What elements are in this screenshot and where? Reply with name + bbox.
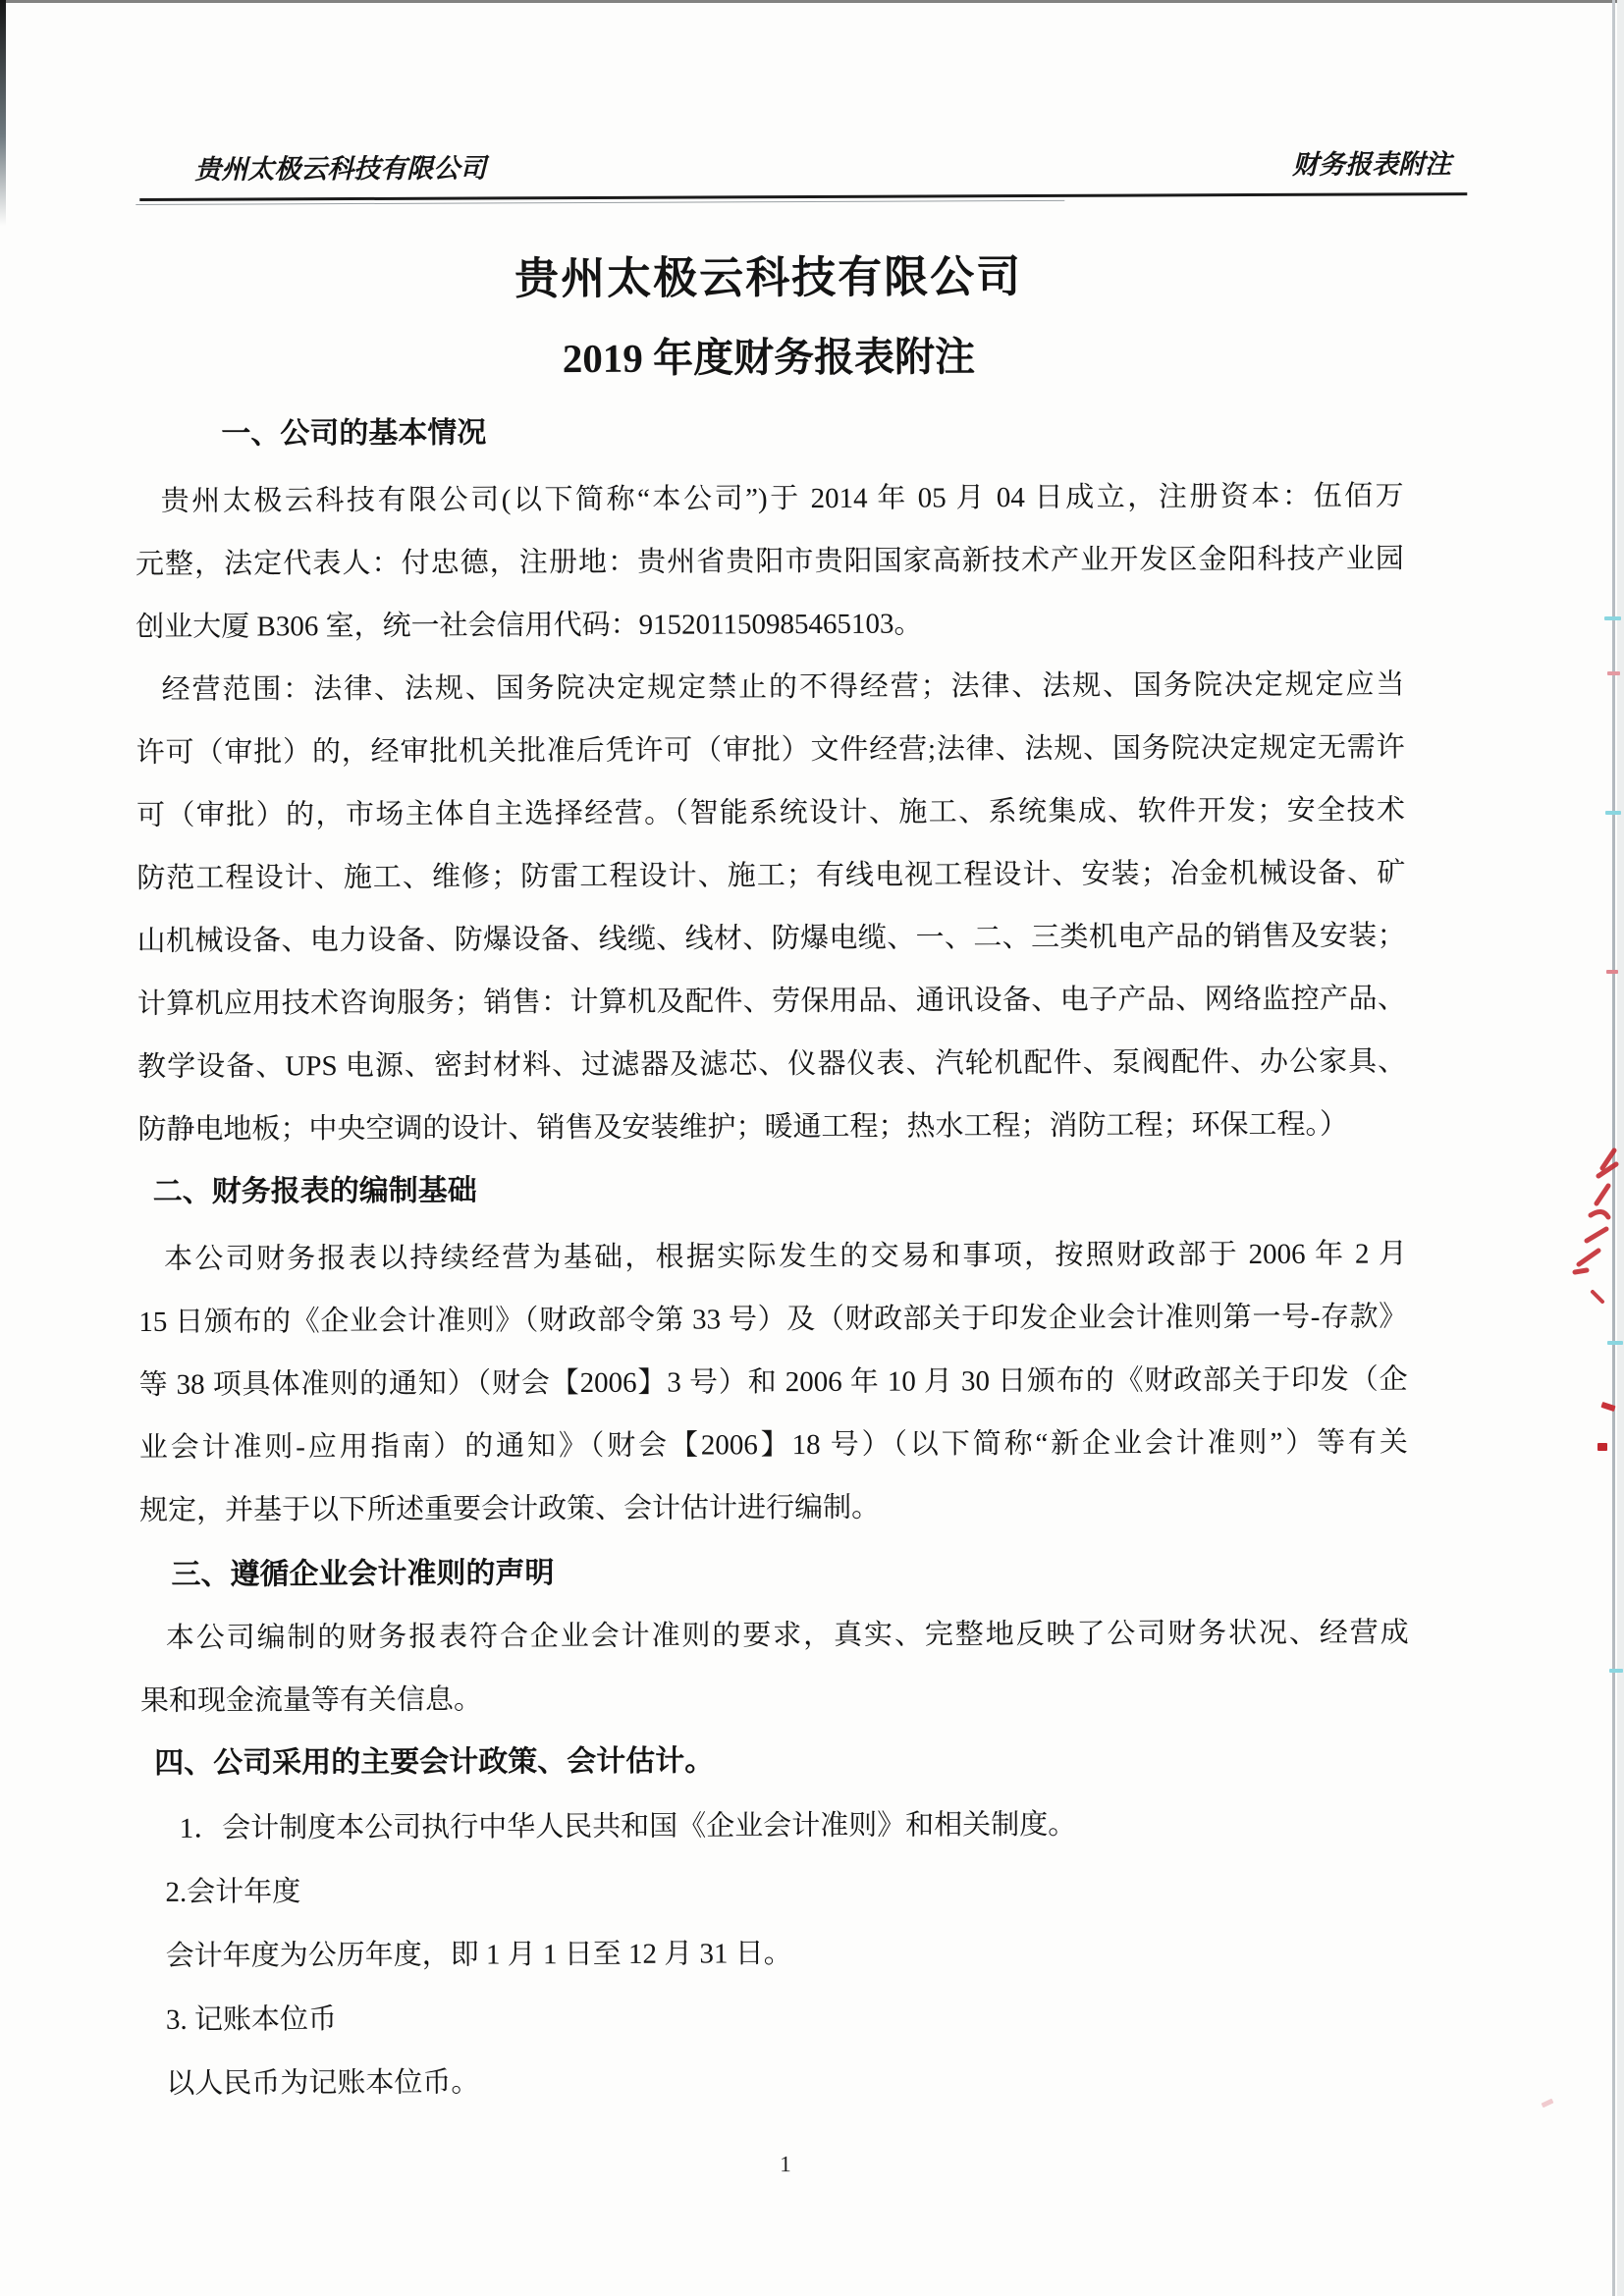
preparation-basis-paragraph: 本公司财务报表以持续经营为基础，根据实际发生的交易和事项，按照财政部于 2006… <box>138 1222 1408 1542</box>
document-page: 贵州太极云科技有限公司 财务报表附注 贵州太极云科技有限公司 2019 年度财务… <box>0 0 1624 2296</box>
text-line: 等 38 项具体准则的通知）（财会【2006】3 号）和 2006 年 10 月… <box>138 1348 1407 1416</box>
document-subtitle: 2019 年度财务报表附注 <box>135 327 1403 388</box>
text-line: 本公司编制的财务报表符合企业会计准则的要求，真实、完整地反映了公司财务状况、经营… <box>140 1601 1409 1670</box>
accounting-policy-items: 1．会计制度本公司执行中华人民共和国《企业会计准则》和相关制度。2.会计年度会计… <box>140 1791 1410 2116</box>
document-body: 贵州太极云科技有限公司 2019 年度财务报表附注 一、公司的基本情况 贵州太极… <box>133 0 1410 2116</box>
text-line: 果和现金流量等有关信息。 <box>140 1664 1409 1733</box>
text-line: 3. 记账本位币 <box>141 1983 1410 2053</box>
section-heading-1: 一、公司的基本情况 <box>221 407 1403 455</box>
text-line: 山机械设备、电力设备、防爆设备、线缆、线材、防爆电缆、一、二、三类机电产品的销售… <box>136 904 1405 973</box>
text-line: 15 日颁布的《企业会计准则》（财政部令第 33 号）及（财政部关于印发企业会计… <box>138 1285 1407 1354</box>
text-line: 会计年度为公历年度，即 1 月 1 日至 12 月 31 日。 <box>141 1919 1410 1989</box>
text-line: 可（审批）的，市场主体自主选择经营。（智能系统设计、施工、系统集成、软件开发；安… <box>136 778 1405 847</box>
section-heading-3: 三、遵循企业会计准则的声明 <box>171 1548 1408 1596</box>
text-line: 2.会计年度 <box>141 1855 1410 1925</box>
text-line: 教学设备、UPS 电源、密封材料、过滤器及滤芯、仪器仪表、汽轮机配件、泵阀配件、… <box>137 1030 1406 1098</box>
section-heading-2: 二、财务报表的编制基础 <box>153 1165 1407 1214</box>
text-line: 许可（审批）的，经审批机关批准后凭许可（审批）文件经营;法律、法规、国务院决定规… <box>136 716 1405 784</box>
business-scope-paragraph: 经营范围：法律、法规、国务院决定规定禁止的不得经营；法律、法规、国务院决定规定应… <box>135 653 1406 1161</box>
text-line: 1．会计制度本公司执行中华人民共和国《企业会计准则》和相关制度。 <box>140 1791 1409 1861</box>
document-title: 贵州太极云科技有限公司 <box>135 244 1403 311</box>
text-line: 防静电地板；中央空调的设计、销售及安装维护；暖通工程；热水工程；消防工程；环保工… <box>137 1093 1406 1161</box>
text-line: 规定，并基于以下所述重要会计政策、会计估计进行编制。 <box>139 1473 1408 1542</box>
text-line: 创业大厦 B306 室，统一社会信用代码：915201150985465103。 <box>135 590 1404 659</box>
text-line: 以人民币为记账本位币。 <box>142 2047 1411 2116</box>
text-line: 业会计准则-应用指南）的通知》（财会【2006】18 号）（以下简称“新企业会计… <box>139 1411 1408 1479</box>
document-content: 贵州太极云科技有限公司 财务报表附注 贵州太极云科技有限公司 2019 年度财务… <box>0 0 1624 2296</box>
text-line: 防范工程设计、施工、维修；防雷工程设计、施工；有线电视工程设计、安装；冶金机械设… <box>136 841 1405 910</box>
section-heading-4: 四、公司采用的主要会计政策、会计估计。 <box>154 1736 1409 1786</box>
page-number: 1 <box>761 2152 810 2177</box>
company-basic-info-paragraph: 贵州太极云科技有限公司(以下简称“本公司”)于 2014 年 05 月 04 日… <box>135 464 1404 659</box>
text-line: 本公司财务报表以持续经营为基础，根据实际发生的交易和事项，按照财政部于 2006… <box>138 1222 1407 1291</box>
text-line: 计算机应用技术咨询服务；销售：计算机及配件、劳保用品、通讯设备、电子产品、网络监… <box>137 967 1406 1036</box>
text-line: 经营范围：法律、法规、国务院决定规定禁止的不得经营；法律、法规、国务院决定规定应… <box>135 653 1404 721</box>
text-line: 元整，法定代表人：付忠德，注册地：贵州省贵阳市贵阳国家高新技术产业开发区金阳科技… <box>135 527 1404 596</box>
compliance-statement-paragraph: 本公司编制的财务报表符合企业会计准则的要求，真实、完整地反映了公司财务状况、经营… <box>140 1601 1410 1733</box>
text-line: 贵州太极云科技有限公司(以下简称“本公司”)于 2014 年 05 月 04 日… <box>135 464 1403 533</box>
